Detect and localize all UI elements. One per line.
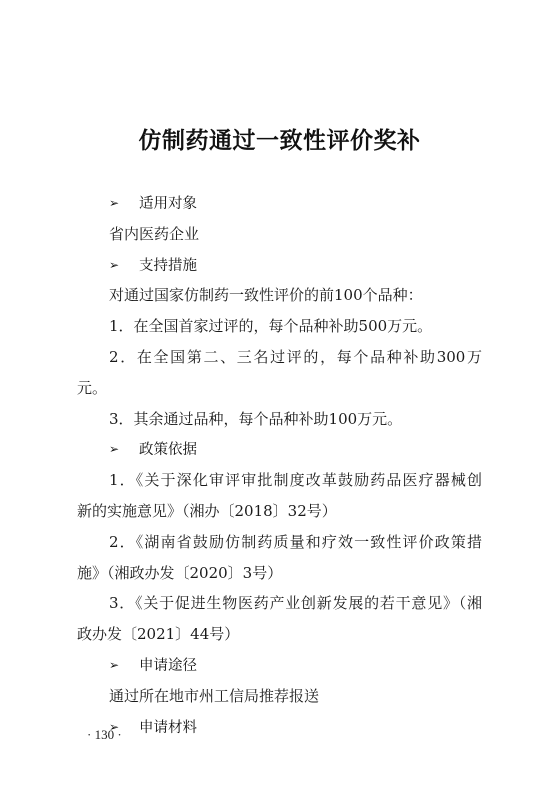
paragraph-line: 通过所在地市州工信局推荐报送: [77, 681, 482, 712]
section-heading-application-materials: ➢申请材料: [77, 712, 482, 743]
list-item-continuation: 施》（湘政办发〔2020〕3号）: [77, 558, 482, 589]
list-item-continuation: 政办发〔2021〕44号）: [77, 619, 482, 650]
document-page: 仿制药通过一致性评价奖补 ➢适用对象 省内医药企业 ➢支持措施 对通过国家仿制药…: [0, 0, 559, 793]
list-item: 1．《关于深化审评审批制度改革鼓励药品医疗器械创: [77, 465, 482, 496]
document-body: ➢适用对象 省内医药企业 ➢支持措施 对通过国家仿制药一致性评价的前100个品种…: [77, 188, 482, 742]
list-item-continuation: 新的实施意见》（湘办〔2018〕32号）: [77, 496, 482, 527]
section-heading-label: 申请途径: [139, 658, 197, 674]
paragraph-line: 省内医药企业: [77, 219, 482, 250]
list-item-continuation: 元。: [77, 373, 482, 404]
paragraph-line: 对通过国家仿制药一致性评价的前100个品种：: [77, 280, 482, 311]
page-number: · 130 ·: [87, 727, 122, 743]
section-heading-policy-basis: ➢政策依据: [77, 434, 482, 465]
list-item: 3．其余通过品种，每个品种补助100万元。: [77, 404, 482, 435]
arrow-bullet-icon: ➢: [109, 250, 139, 281]
arrow-bullet-icon: ➢: [109, 650, 139, 681]
arrow-bullet-icon: ➢: [109, 434, 139, 465]
section-heading-label: 适用对象: [139, 196, 197, 212]
section-heading-applicable-target: ➢适用对象: [77, 188, 482, 219]
section-heading-label: 政策依据: [139, 442, 197, 458]
list-item: 1．在全国首家过评的，每个品种补助500万元。: [77, 311, 482, 342]
section-heading-label: 申请材料: [139, 720, 197, 736]
section-heading-application-channel: ➢申请途径: [77, 650, 482, 681]
page-title: 仿制药通过一致性评价奖补: [0, 122, 559, 155]
section-heading-label: 支持措施: [139, 258, 197, 274]
list-item: 3．《关于促进生物医药产业创新发展的若干意见》（湘: [77, 588, 482, 619]
list-item: 2．在全国第二、三名过评的，每个品种补助300万: [77, 342, 482, 373]
arrow-bullet-icon: ➢: [109, 188, 139, 219]
section-heading-support-measures: ➢支持措施: [77, 250, 482, 281]
list-item: 2．《湖南省鼓励仿制药质量和疗效一致性评价政策措: [77, 527, 482, 558]
